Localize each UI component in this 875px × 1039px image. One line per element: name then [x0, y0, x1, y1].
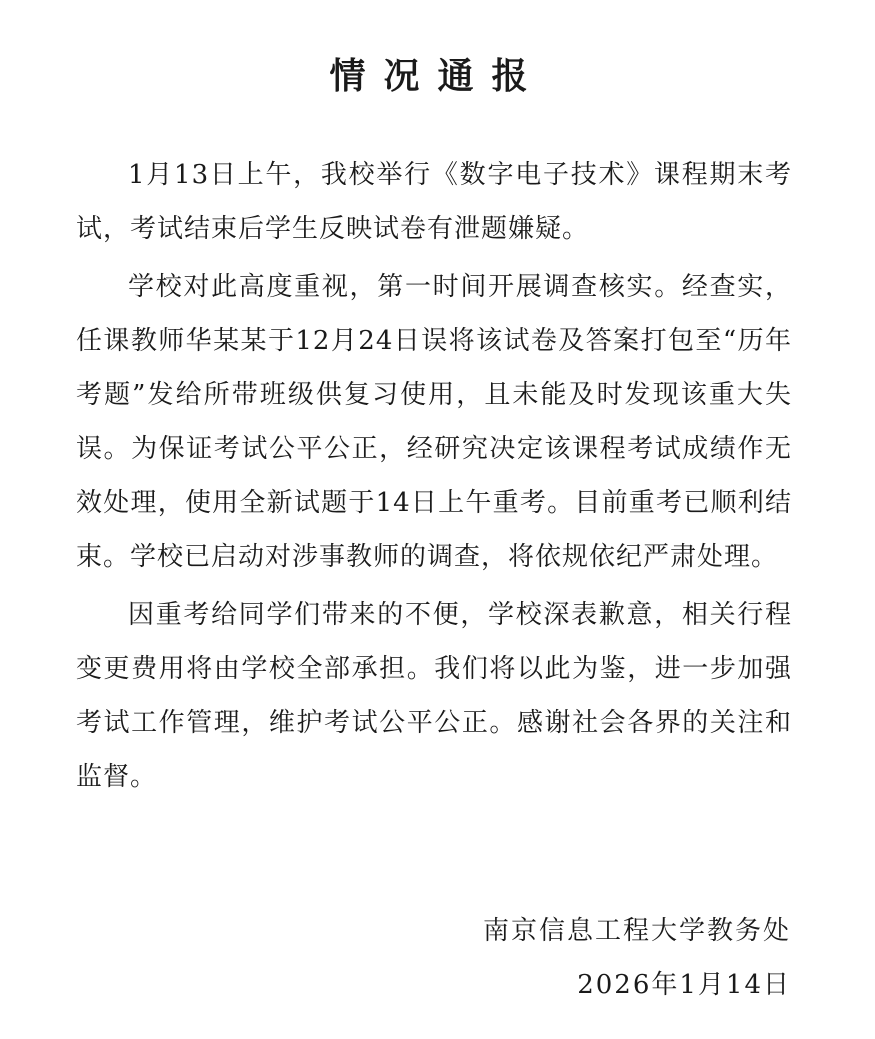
paragraph-apology: 因重考给同学们带来的不便，学校深表歉意，相关行程变更费用将由学校全部承担。我们将… — [76, 588, 792, 804]
issue-date: 2026年1月14日 — [483, 958, 791, 1012]
paragraph-incident: 1月13日上午，我校举行《数字电子技术》课程期末考试，考试结束后学生反映试卷有泄… — [76, 148, 792, 256]
document-title: 情况通报 — [0, 48, 875, 99]
issuer-name: 南京信息工程大学教务处 — [483, 904, 791, 958]
document-body: 1月13日上午，我校举行《数字电子技术》课程期末考试，考试结束后学生反映试卷有泄… — [76, 148, 792, 808]
signature-block: 南京信息工程大学教务处 2026年1月14日 — [483, 904, 791, 1012]
paragraph-investigation: 学校对此高度重视，第一时间开展调查核实。经查实，任课教师华某某于12月24日误将… — [76, 260, 792, 584]
